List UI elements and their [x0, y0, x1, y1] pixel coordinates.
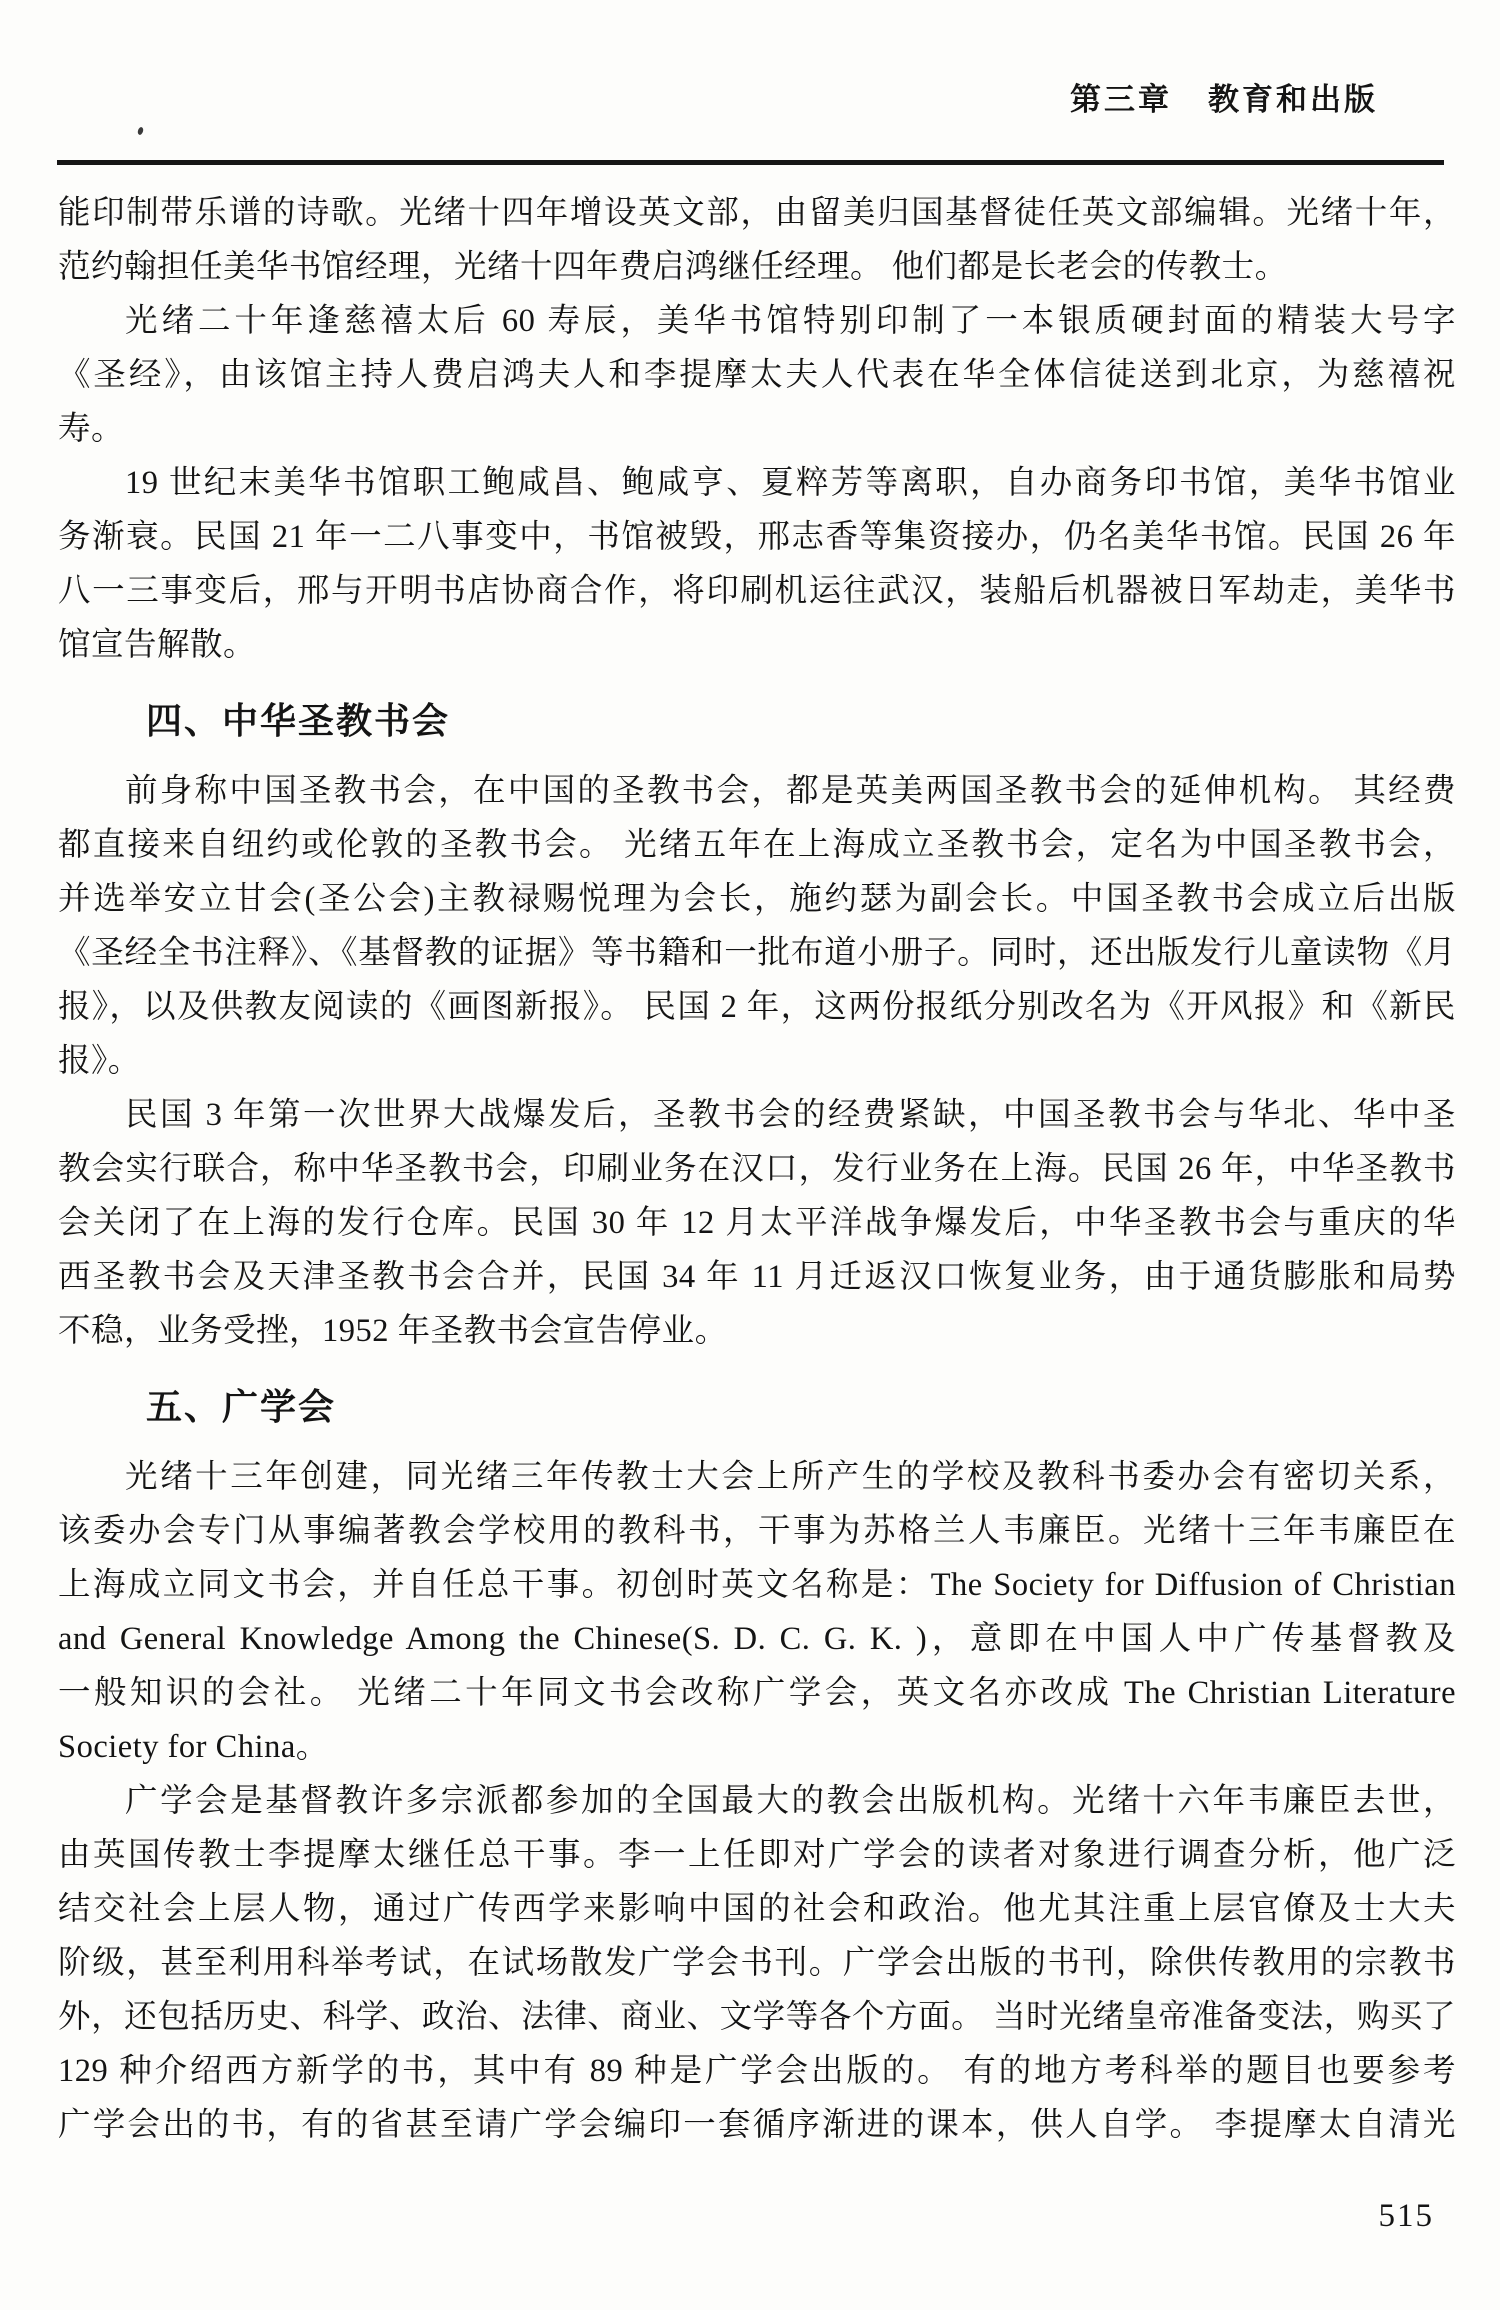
text-line: 不稳，业务受挫，1952 年圣教书会宣告停业。	[58, 1304, 1456, 1358]
text-line: 教会实行联合，称中华圣教书会，印刷业务在汉口，发行业务在上海。民国 26 年，中…	[58, 1142, 1456, 1196]
running-header: 第三章 教育和出版	[1070, 74, 1378, 119]
text-line: 广学会是基督教许多宗派都参加的全国最大的教会出版机构。光绪十六年韦廉臣去世，	[58, 1774, 1456, 1828]
section-heading-zhonghua-shengjiao-shuhui: 四、中华圣教书会	[58, 694, 1456, 748]
text-line: 阶级，甚至利用科举考试，在试场散发广学会书刊。广学会出版的书刊，除供传教用的宗教…	[58, 1936, 1456, 1990]
header-rule	[57, 160, 1444, 165]
text-line: 该委办会专门从事编著教会学校用的教科书，干事为苏格兰人韦廉臣。光绪十三年韦廉臣在	[58, 1504, 1456, 1558]
section-heading-guangxuehui: 五、广学会	[58, 1380, 1456, 1434]
text-line: 上海成立同文书会，并自任总干事。初创时英文名称是：The Society for…	[58, 1558, 1456, 1612]
text-line: 外，还包括历史、科学、政治、法律、商业、文学等各个方面。 当时光绪皇帝准备变法，…	[58, 1990, 1456, 2044]
text-line: 《圣经全书注释》、《基督教的证据》等书籍和一批布道小册子。同时，还出版发行儿童读…	[58, 926, 1456, 980]
text-line: 民国 3 年第一次世界大战爆发后，圣教书会的经费紧缺，中国圣教书会与华北、华中圣	[58, 1088, 1456, 1142]
text-line: 广学会出的书，有的省甚至请广学会编印一套循序渐进的课本，供人自学。 李提摩太自清…	[58, 2098, 1456, 2152]
text-line: Society for China。	[58, 1720, 1456, 1774]
text-line: and General Knowledge Among the Chinese(…	[58, 1612, 1456, 1666]
page-number: 515	[1379, 2198, 1435, 2235]
text-line: 会关闭了在上海的发行仓库。民国 30 年 12 月太平洋战争爆发后，中华圣教书会…	[58, 1196, 1456, 1250]
text-line: 19 世纪末美华书馆职工鲍咸昌、鲍咸亨、夏粹芳等离职，自办商务印书馆，美华书馆业	[58, 456, 1456, 510]
text-line: 西圣教书会及天津圣教书会合并，民国 34 年 11 月迁返汉口恢复业务，由于通货…	[58, 1250, 1456, 1304]
ink-speck	[137, 126, 144, 135]
text-line: 务渐衰。民国 21 年一二八事变中，书馆被毁，邢志香等集资接办，仍名美华书馆。民…	[58, 510, 1456, 564]
text-line: 并选举安立甘会(圣公会)主教禄赐悦理为会长，施约瑟为副会长。中国圣教书会成立后出…	[58, 872, 1456, 926]
text-line: 129 种介绍西方新学的书，其中有 89 种是广学会出版的。 有的地方考科举的题…	[58, 2044, 1456, 2098]
text-line: 由英国传教士李提摩太继任总干事。李一上任即对广学会的读者对象进行调查分析，他广泛	[58, 1828, 1456, 1882]
text-line: 《圣经》，由该馆主持人费启鸿夫人和李提摩太夫人代表在华全体信徒送到北京，为慈禧祝	[58, 348, 1456, 402]
text-line: 都直接来自纽约或伦敦的圣教书会。 光绪五年在上海成立圣教书会，定名为中国圣教书会…	[58, 818, 1456, 872]
text-line: 一般知识的会社。 光绪二十年同文书会改称广学会，英文名亦改成 The Chris…	[58, 1666, 1456, 1720]
text-column: 能印制带乐谱的诗歌。光绪十四年增设英文部，由留美归国基督徒任英文部编辑。光绪十年…	[58, 186, 1456, 2152]
text-line: 八一三事变后，邢与开明书店协商合作，将印刷机运往武汉，装船后机器被日军劫走，美华…	[58, 564, 1456, 618]
chapter-number: 第三章	[1070, 74, 1172, 119]
text-line: 寿。	[58, 402, 1456, 456]
chapter-title: 教育和出版	[1208, 74, 1378, 119]
text-line: 能印制带乐谱的诗歌。光绪十四年增设英文部，由留美归国基督徒任英文部编辑。光绪十年…	[58, 186, 1456, 240]
text-line: 光绪十三年创建，同光绪三年传教士大会上所产生的学校及教科书委办会有密切关系，	[58, 1450, 1456, 1504]
text-line: 范约翰担任美华书馆经理，光绪十四年费启鸿继任经理。 他们都是长老会的传教士。	[58, 240, 1456, 294]
text-line: 结交社会上层人物，通过广传西学来影响中国的社会和政治。他尤其注重上层官僚及士大夫	[58, 1882, 1456, 1936]
text-line: 光绪二十年逢慈禧太后 60 寿辰，美华书馆特别印制了一本银质硬封面的精装大号字	[58, 294, 1456, 348]
text-line: 报》，以及供教友阅读的《画图新报》。 民国 2 年，这两份报纸分别改名为《开风报…	[58, 980, 1456, 1034]
text-line: 馆宣告解散。	[58, 618, 1456, 672]
text-line: 报》。	[58, 1034, 1456, 1088]
text-line: 前身称中国圣教书会，在中国的圣教书会，都是英美两国圣教书会的延伸机构。 其经费	[58, 764, 1456, 818]
